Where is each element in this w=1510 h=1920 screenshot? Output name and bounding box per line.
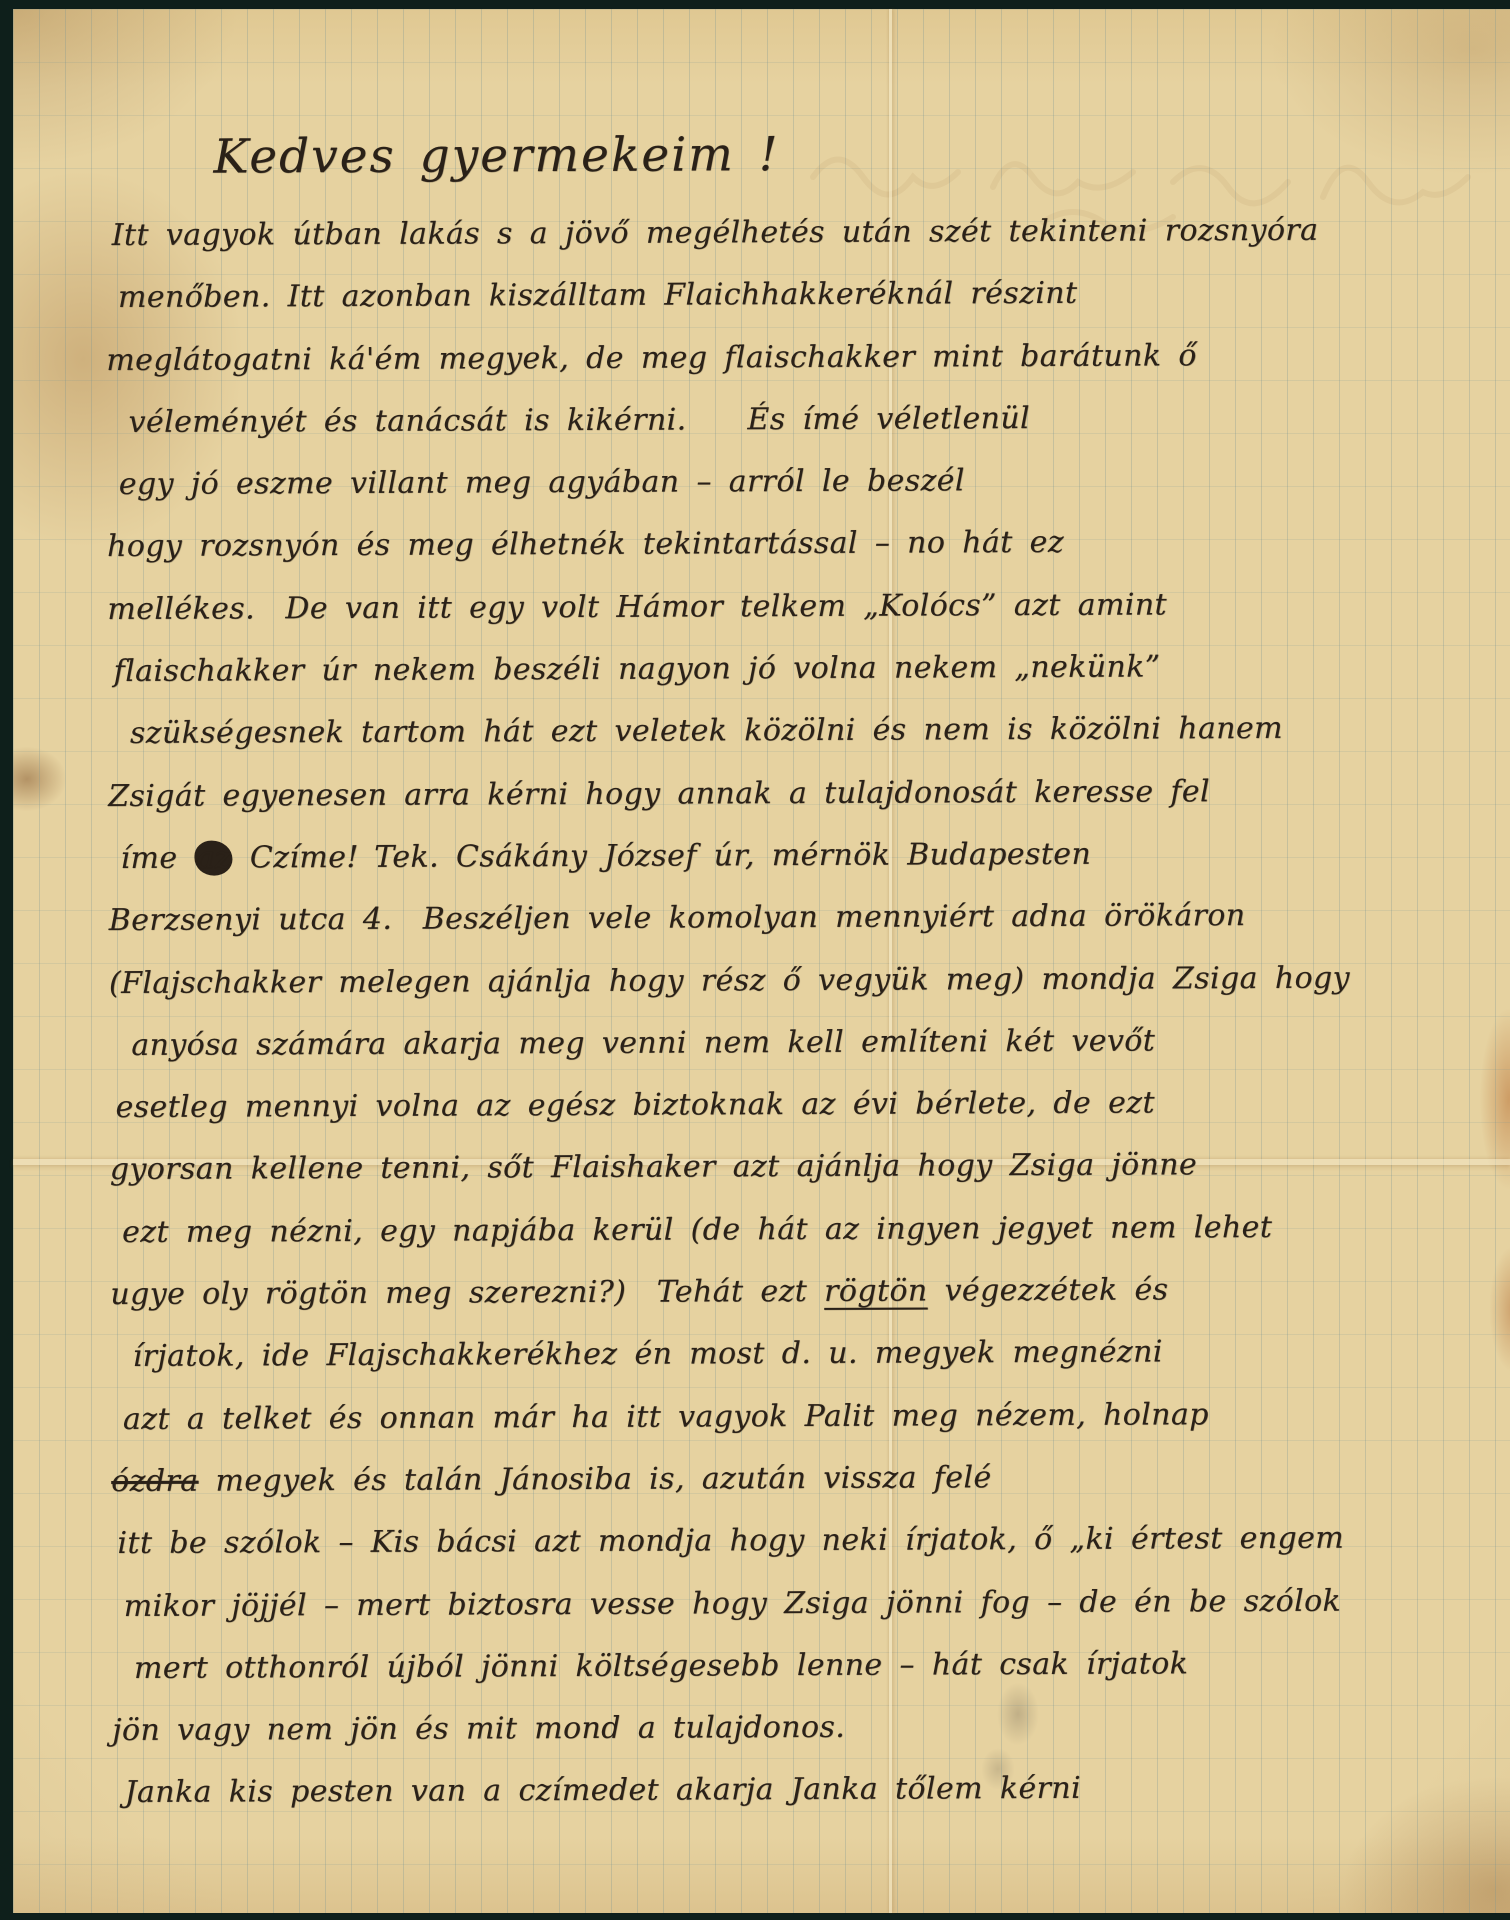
letter-line: Janka kis pesten van a czímedet akarja J…: [124, 1769, 1507, 1837]
letter-line: flaischakker úr nekem beszéli nagyon jó …: [114, 648, 1503, 716]
letter-text-segment: azt a telket és onnan már ha itt vagyok …: [123, 1397, 1209, 1437]
letter-salutation: Kedves gyermekeim !: [213, 124, 1500, 218]
letter-line: Berzsenyi utca 4. Beszéljen vele komolya…: [109, 897, 1504, 965]
letter-text-segment: Czíme! Tek. Csákány József úr, mérnök Bu…: [233, 837, 1091, 876]
letter-line: ózdra megyek és talán Jánosiba is, azutá…: [111, 1458, 1506, 1526]
letter-text-segment: szükségesnek tartom hát ezt veletek közö…: [130, 711, 1283, 751]
letter-text-segment: hogy rozsnyón és meg élhetnék tekintartá…: [107, 525, 1064, 564]
letter-line: Itt vagyok útban lakás s a jövő megélhet…: [112, 212, 1501, 280]
letter-text-segment: írjatok, ide Flajschakkerékhez én most d…: [133, 1335, 1163, 1374]
letter-text-segment: ózdra: [111, 1464, 198, 1499]
letter-line: mikor jöjjél – mert biztosra vesse hogy …: [124, 1582, 1507, 1650]
inked-out-word: az: [194, 840, 233, 875]
letter-line: mellékes. De van itt egy volt Hámor telk…: [107, 586, 1502, 654]
letter-line: anyósa számára akarja meg venni nem kell…: [131, 1022, 1504, 1090]
letter-line: íme az Czíme! Tek. Csákány József úr, mé…: [120, 835, 1503, 903]
letter-text-segment: menőben. Itt azonban kiszálltam Flaichha…: [118, 276, 1078, 315]
letter-line: gyorsan kellene tenni, sőt Flaishaker az…: [110, 1146, 1505, 1214]
letter-text-segment: mert otthonról újból jönni költségesebb …: [134, 1646, 1188, 1686]
letter-line: Zsigát egyenesen arra kérni hogy annak a…: [108, 773, 1503, 841]
letter-text-segment: gyorsan kellene tenni, sőt Flaishaker az…: [110, 1148, 1197, 1188]
letter-line: ezt meg nézni, egy napjába kerül (de hát…: [122, 1209, 1505, 1277]
letter-line: írjatok, ide Flajschakkerékhez én most d…: [133, 1333, 1506, 1401]
letter-text-segment: Itt vagyok útban lakás s a jövő megélhet…: [112, 213, 1319, 253]
letter-text-segment: ugye oly rögtön meg szerezni?) Tehát ezt: [110, 1274, 824, 1312]
letter-line: véleményét és tanácsát is kikérni. És ím…: [128, 399, 1501, 467]
letter-line: (Flajschakker melegen ajánlja hogy rész …: [109, 960, 1504, 1028]
letter-text-segment: végezzétek és: [928, 1272, 1169, 1308]
letter-text-segment: megyek és talán Jánosiba is, azután viss…: [198, 1460, 991, 1498]
letter-line: ugye oly rögtön meg szerezni?) Tehát ezt…: [110, 1271, 1505, 1339]
letter-text-segment: mellékes. De van itt egy volt Hámor telk…: [107, 587, 1167, 627]
letter-text-segment: (Flajschakker melegen ajánlja hogy rész …: [109, 960, 1350, 1000]
letter-text-segment: Janka kis pesten van a czímedet akarja J…: [124, 1771, 1081, 1810]
letter-line: azt a telket és onnan már ha itt vagyok …: [123, 1396, 1506, 1464]
letter-text-segment: mikor jöjjél – mert biztosra vesse hogy …: [124, 1583, 1342, 1623]
letter-text-segment: Zsigát egyenesen arra kérni hogy annak a…: [108, 774, 1210, 814]
letter-text-segment: Berzsenyi utca 4. Beszéljen vele komolya…: [109, 898, 1246, 938]
letter-line: egy jó eszme villant meg agyában – arról…: [119, 461, 1502, 529]
letter-line: itt be szólok – Kis bácsi azt mondja hog…: [117, 1520, 1506, 1588]
letter-text-segment: anyósa számára akarja meg venni nem kell…: [131, 1023, 1155, 1062]
letter-line: mert otthonról újból jönni költségesebb …: [134, 1645, 1507, 1713]
scanned-letter-page: { "document": { "kind": "handwritten let…: [0, 0, 1510, 1920]
letter-text-segment: íme: [120, 841, 194, 876]
letter-line: menőben. Itt azonban kiszálltam Flaichha…: [118, 274, 1501, 342]
letter-text-segment: egy jó eszme villant meg agyában – arról…: [119, 463, 965, 502]
letter-body: Kedves gyermekeim ! Itt vagyok útban lak…: [105, 124, 1507, 1838]
letter-text-segment: esetleg mennyi volna az egész biztoknak …: [115, 1086, 1154, 1126]
letter-line: esetleg mennyi volna az egész biztoknak …: [115, 1084, 1504, 1152]
letter-text-segment: véleményét és tanácsát is kikérni. És ím…: [128, 401, 1030, 440]
letter-text-segment: rögtön: [824, 1274, 928, 1309]
letter-page: Kedves gyermekeim ! Itt vagyok útban lak…: [13, 9, 1510, 1913]
letter-text-segment: meglátogatni ká'ém megyek, de meg flaisc…: [106, 338, 1197, 378]
letter-text-segment: itt be szólok – Kis bácsi azt mondja hog…: [117, 1521, 1344, 1561]
letter-line: szükségesnek tartom hát ezt veletek közö…: [130, 710, 1503, 778]
letter-line: meglátogatni ká'ém megyek, de meg flaisc…: [106, 337, 1501, 405]
letter-line: jön vagy nem jön és mit mond a tulajdono…: [112, 1707, 1507, 1775]
letter-text-segment: jön vagy nem jön és mit mond a tulajdono…: [112, 1710, 845, 1748]
letter-line: hogy rozsnyón és meg élhetnék tekintartá…: [107, 523, 1502, 591]
letter-text-segment: ezt meg nézni, egy napjába kerül (de hát…: [122, 1210, 1272, 1250]
letter-text-segment: flaischakker úr nekem beszéli nagyon jó …: [114, 650, 1161, 690]
